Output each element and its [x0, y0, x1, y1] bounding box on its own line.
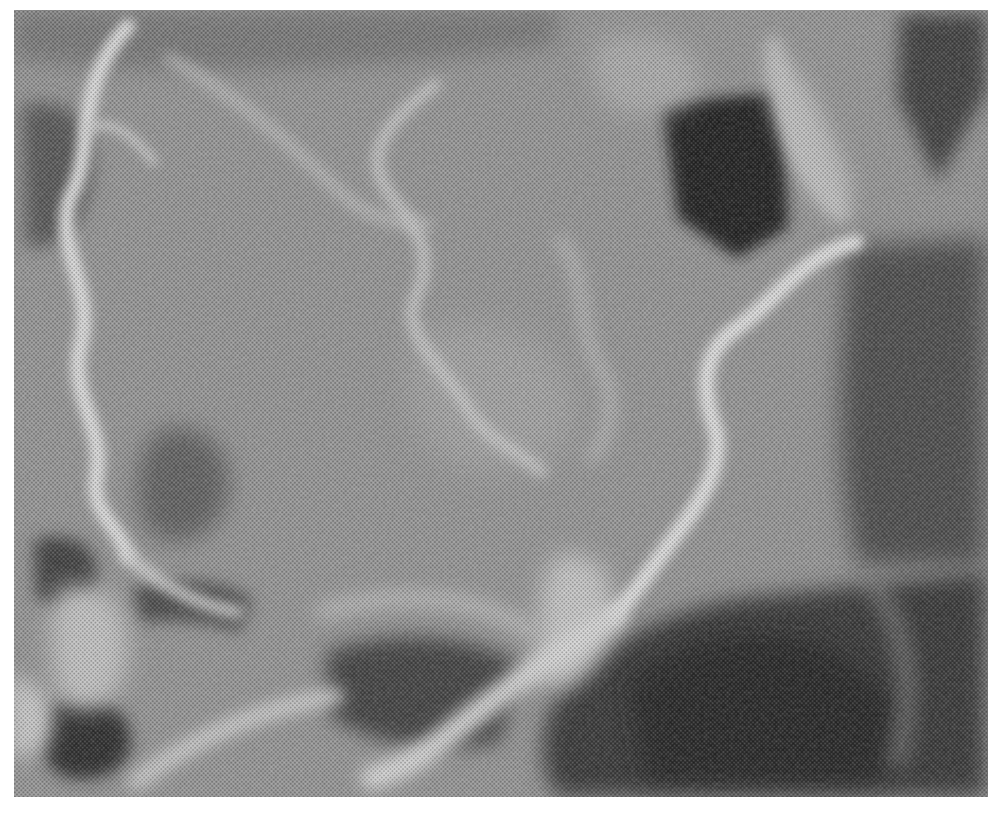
micrograph-canvas	[0, 0, 1000, 816]
halftone-light-overlay	[14, 10, 988, 797]
sem-micrograph-figure	[0, 0, 1000, 816]
micrograph-image	[0, 0, 1000, 816]
